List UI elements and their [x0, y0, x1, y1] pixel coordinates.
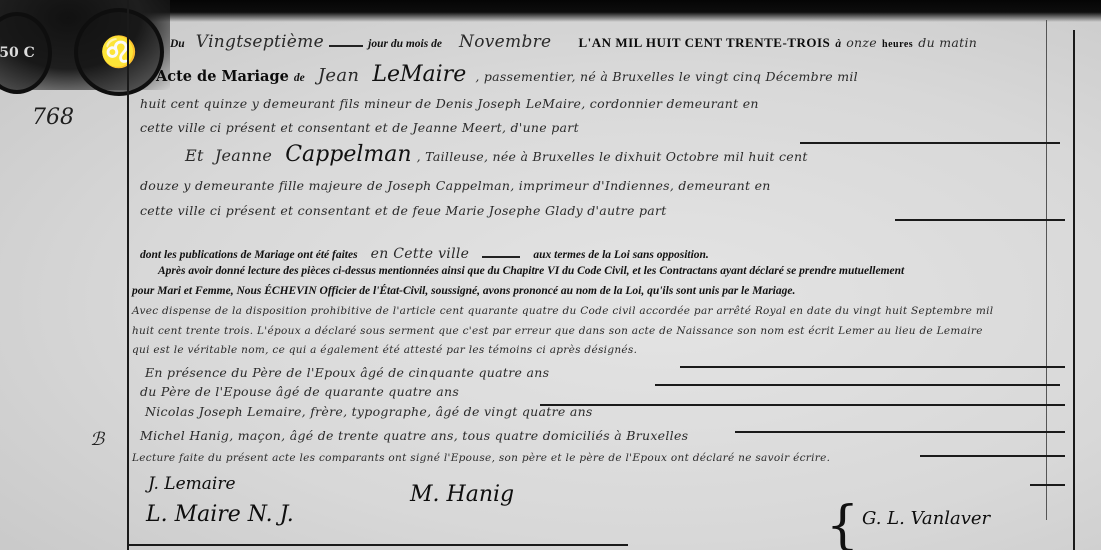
paraph-mark-icon: ℬ	[90, 429, 104, 450]
dispensation-line-3: qui est le véritable nom, ce qui a égale…	[132, 344, 637, 356]
rule-witness-2	[540, 404, 1065, 406]
right-inner-rule	[1046, 20, 1047, 520]
rule-witness-4	[920, 455, 1065, 457]
rule-bottom	[128, 544, 628, 546]
seal-glyph: ♌	[100, 35, 137, 70]
publications-line: dont les publications de Mariage ont été…	[140, 243, 709, 262]
register-number: 768	[32, 105, 74, 130]
witness-line-4: Michel Hanig, maçon, âgé de trente quatr…	[140, 428, 688, 443]
witness-line-1: En présence du Père de l'Epoux âgé de ci…	[145, 365, 549, 380]
dispensation-line-1: Avec dispense de la disposition prohibit…	[132, 305, 993, 317]
groom-line-2: huit cent quinze y demeurant fils mineur…	[140, 96, 759, 111]
title-line: Acte de Mariage de Jean LeMaire , passem…	[136, 62, 858, 87]
groom-surname: LeMaire	[372, 62, 466, 87]
left-margin-rule	[127, 0, 129, 550]
label-a: à	[835, 38, 841, 50]
rule-after-groom	[800, 142, 1060, 144]
closing-line: Lecture faite du présent acte les compar…	[132, 452, 830, 464]
header-line: Du Vingtseptième jour du mois de Novembr…	[170, 32, 977, 52]
publications-printed-b: aux termes de la Loi sans opposition.	[533, 249, 708, 261]
bride-details: , Tailleuse, née à Bruxelles le dixhuit …	[417, 149, 808, 164]
marriage-record-page: 50 C ♌ 768 ℬ Du Vingtseptième jour du mo…	[0, 0, 1101, 550]
bride-line-3: cette ville ci présent et consentant et …	[140, 203, 667, 218]
time-suffix: du matin	[918, 35, 977, 50]
label-de: de	[294, 72, 305, 84]
rule-dispensation	[680, 366, 1065, 368]
witness-line-3: Nicolas Joseph Lemaire, frère, typograph…	[145, 404, 593, 419]
hour-value: onze	[846, 35, 877, 50]
rule-after-bride	[895, 219, 1065, 221]
signature-officer: G. L. Vanlaver	[862, 508, 990, 529]
publications-place: en Cette ville	[371, 246, 470, 262]
label-du: Du	[170, 38, 185, 50]
printed-paragraph-line-1: Après avoir donné lecture des pièces ci-…	[158, 265, 904, 277]
label-jour-du-mois: jour du mois de	[368, 38, 442, 50]
groom-line-3: cette ville ci présent et consentant et …	[140, 120, 579, 135]
groom-first-name: Jean	[318, 65, 359, 86]
signature-witness-lemaire: L. Maire N. J.	[146, 502, 294, 527]
tax-stamp-text: 50 C	[0, 45, 35, 61]
rule-witness-1	[655, 384, 1060, 386]
dispensation-line-2: huit cent trente trois. L'époux a déclar…	[132, 325, 983, 337]
rule-closing	[1030, 484, 1065, 486]
acte-de-mariage-label: Acte de Mariage	[156, 68, 289, 85]
year-printed: L'AN MIL HUIT CENT TRENTE-TROIS	[579, 35, 831, 50]
signature-groom: J. Lemaire	[148, 474, 236, 494]
publications-printed-a: dont les publications de Mariage ont été…	[140, 249, 358, 261]
day-value: Vingtseptième	[196, 32, 324, 52]
printed-paragraph-line-2: pour Mari et Femme, Nous ÉCHEVIN Officie…	[132, 285, 795, 297]
bride-first-name: Jeanne	[215, 146, 272, 165]
bride-surname: Cappelman	[285, 142, 411, 167]
rule-witness-3	[735, 431, 1065, 433]
month-value: Novembre	[459, 32, 551, 52]
witness-line-2: du Père de l'Epouse âgé de quarante quat…	[140, 384, 459, 399]
label-heures: heures	[882, 39, 913, 50]
right-margin-rule	[1073, 30, 1075, 550]
bride-line: Et Jeanne Cappelman , Tailleuse, née à B…	[185, 142, 808, 167]
groom-details: , passementier, né à Bruxelles le vingt …	[475, 69, 858, 84]
label-et: Et	[185, 146, 204, 165]
signature-witness-hanig: M. Hanig	[410, 482, 514, 507]
bride-line-2: douze y demeurante fille majeure de Jose…	[140, 178, 771, 193]
signature-brace-icon: {	[826, 500, 859, 550]
